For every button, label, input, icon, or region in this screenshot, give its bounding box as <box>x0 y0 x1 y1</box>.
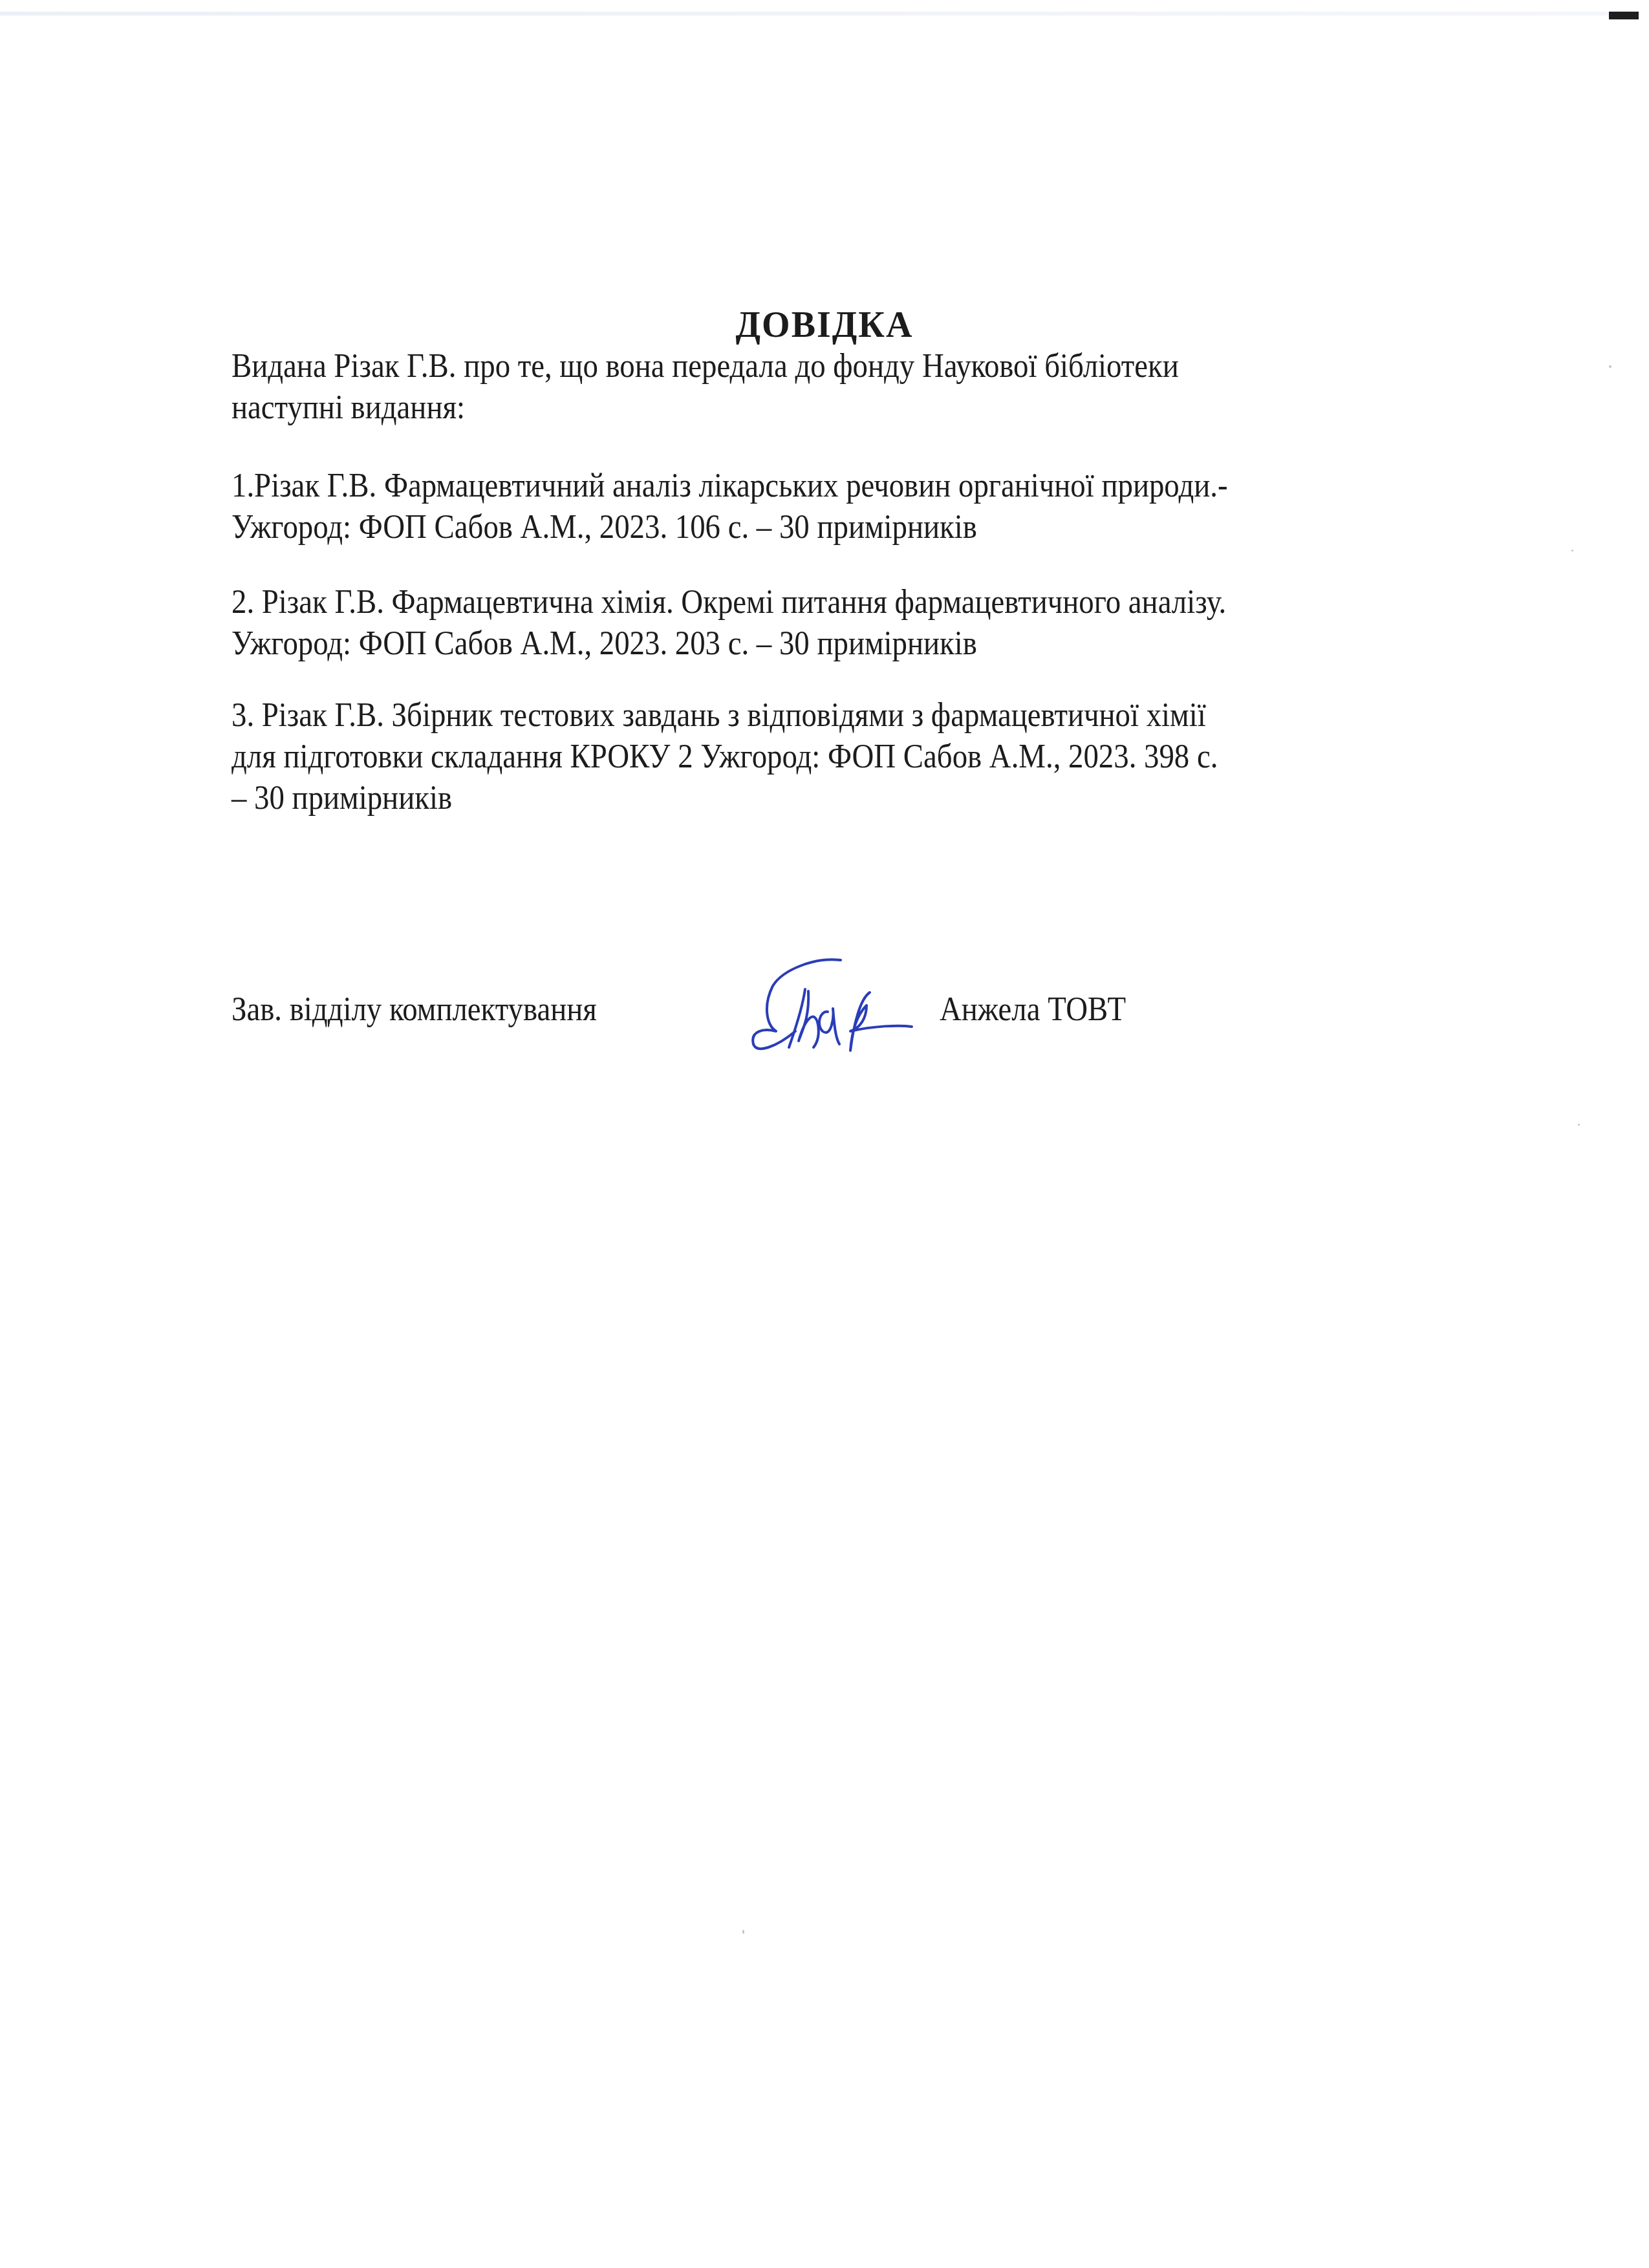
scan-corner-mark <box>1609 12 1639 19</box>
publication-item-1: 1.Різак Г.В. Фармацевтичний аналіз лікар… <box>232 465 1372 548</box>
intro-line: наступні видання: <box>232 387 1372 429</box>
scan-edge-line <box>0 12 1610 16</box>
publication-line: Ужгород: ФОП Сабов А.М., 2023. 106 с. – … <box>232 507 1372 548</box>
publication-line: Ужгород: ФОП Сабов А.М., 2023. 203 с. – … <box>232 623 1372 665</box>
scan-speck <box>1578 1124 1580 1126</box>
publication-item-3: 3. Різак Г.В. Збірник тестових завдань з… <box>232 695 1372 819</box>
handwritten-signature-icon <box>737 941 925 1064</box>
intro-line: Видана Різак Г.В. про те, що вона переда… <box>232 346 1372 387</box>
document-title: ДОВІДКА <box>0 303 1649 348</box>
scan-speck <box>742 1930 744 1934</box>
scan-speck <box>1609 365 1611 368</box>
publication-line: 2. Різак Г.В. Фармацевтична хімія. Окрем… <box>232 582 1372 623</box>
scan-speck <box>1571 550 1573 551</box>
publication-line: – 30 примірників <box>232 778 1372 819</box>
publication-line: для підготовки складання КРОКУ 2 Ужгород… <box>232 736 1372 778</box>
intro-paragraph: Видана Різак Г.В. про те, що вона переда… <box>232 346 1372 429</box>
publication-line: 1.Різак Г.В. Фармацевтичний аналіз лікар… <box>232 465 1372 507</box>
signatory-name: Анжела ТОВТ <box>940 989 1126 1031</box>
signatory-position: Зав. відділу комплектування <box>232 989 597 1031</box>
publication-line: 3. Різак Г.В. Збірник тестових завдань з… <box>232 695 1372 736</box>
publication-item-2: 2. Різак Г.В. Фармацевтична хімія. Окрем… <box>232 582 1372 665</box>
